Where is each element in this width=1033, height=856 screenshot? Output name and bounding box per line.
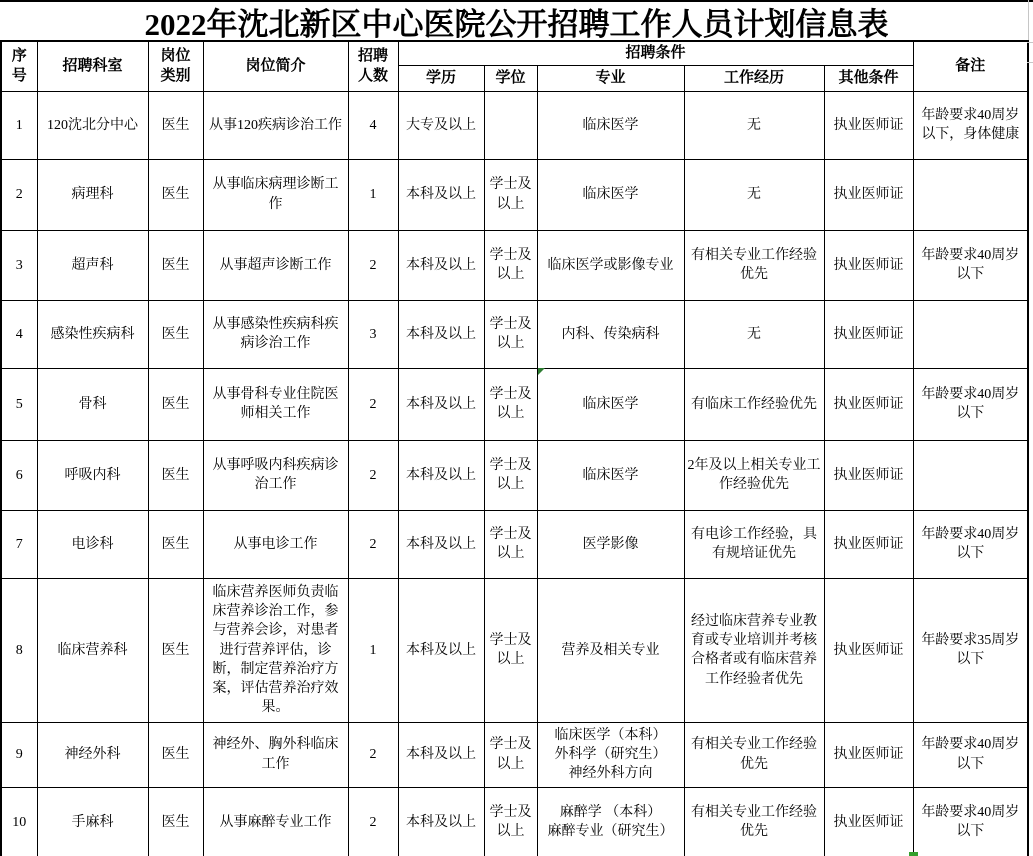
cell-no: 6 (1, 440, 37, 510)
cell-category: 医生 (148, 578, 203, 722)
table-row: 7 电诊科 医生 从事电诊工作 2 本科及以上 学士及以上 医学影像 有电诊工作… (1, 510, 1028, 578)
cell-count: 3 (348, 300, 398, 368)
cell-education: 本科及以上 (398, 159, 484, 230)
cell-degree: 学士及以上 (484, 510, 537, 578)
cell-no: 3 (1, 230, 37, 300)
cell-degree: 学士及以上 (484, 300, 537, 368)
cell-other: 执业医师证 (824, 722, 913, 787)
cell-category: 医生 (148, 368, 203, 440)
cell-note: 年龄要求40周岁以下 (913, 722, 1028, 787)
cell-experience: 经过临床营养专业教育或专业培训并考核合格者或有临床营养工作经验者优先 (684, 578, 824, 722)
cell-experience: 无 (684, 300, 824, 368)
cell-major: 内科、传染病科 (537, 300, 684, 368)
cell-duty: 从事呼吸内科疾病诊治工作 (203, 440, 348, 510)
col-header-category: 岗位 类别 (148, 41, 203, 91)
cell-category: 医生 (148, 230, 203, 300)
cell-other: 执业医师证 (824, 510, 913, 578)
cell-education: 本科及以上 (398, 578, 484, 722)
col-header-other: 其他条件 (824, 65, 913, 91)
spreadsheet-gridline-horizontal (1027, 42, 1033, 43)
col-header-note: 备注 (913, 41, 1028, 91)
cell-count: 2 (348, 787, 398, 856)
header-row-top: 序 号 招聘科室 岗位 类别 岗位简介 招聘 人数 招聘条件 备注 (1, 41, 1028, 65)
cell-duty: 从事超声诊断工作 (203, 230, 348, 300)
cell-no: 10 (1, 787, 37, 856)
cell-education: 本科及以上 (398, 510, 484, 578)
cell-degree: 学士及以上 (484, 722, 537, 787)
cell-other: 执业医师证 (824, 787, 913, 856)
spreadsheet-gridline-vertical (1028, 0, 1029, 40)
table-row: 3 超声科 医生 从事超声诊断工作 2 本科及以上 学士及以上 临床医学或影像专… (1, 230, 1028, 300)
cell-note (913, 440, 1028, 510)
page-title: 2022年沈北新区中心医院公开招聘工作人员计划信息表 (0, 0, 1033, 40)
cell-degree: 学士及以上 (484, 230, 537, 300)
cell-education: 本科及以上 (398, 440, 484, 510)
cell-major: 医学影像 (537, 510, 684, 578)
cell-experience: 有相关专业工作经验优先 (684, 722, 824, 787)
cell-major: 临床医学 (537, 159, 684, 230)
cell-education: 本科及以上 (398, 300, 484, 368)
cell-count: 1 (348, 578, 398, 722)
cell-count: 2 (348, 368, 398, 440)
cell-duty: 从事感染性疾病科疾病诊治工作 (203, 300, 348, 368)
cell-dept: 呼吸内科 (37, 440, 148, 510)
cell-no: 5 (1, 368, 37, 440)
cell-count: 1 (348, 159, 398, 230)
cell-major: 临床医学 (537, 440, 684, 510)
cell-note: 年龄要求40周岁以下，身体健康 (913, 91, 1028, 159)
cell-count: 2 (348, 230, 398, 300)
cell-other: 执业医师证 (824, 300, 913, 368)
recruitment-table: 序 号 招聘科室 岗位 类别 岗位简介 招聘 人数 招聘条件 备注 学历 学位 … (0, 40, 1029, 856)
cell-category: 医生 (148, 300, 203, 368)
cell-category: 医生 (148, 440, 203, 510)
cell-degree: 学士及以上 (484, 440, 537, 510)
table-row: 5 骨科 医生 从事骨科专业住院医师相关工作 2 本科及以上 学士及以上 临床医… (1, 368, 1028, 440)
cell-no: 8 (1, 578, 37, 722)
table-row: 2 病理科 医生 从事临床病理诊断工作 1 本科及以上 学士及以上 临床医学 无… (1, 159, 1028, 230)
cell-note: 年龄要求40周岁以下 (913, 787, 1028, 856)
cell-category: 医生 (148, 722, 203, 787)
col-header-no: 序 号 (1, 41, 37, 91)
cell-dept: 病理科 (37, 159, 148, 230)
cell-other: 执业医师证 (824, 440, 913, 510)
cell-experience: 有相关专业工作经验优先 (684, 230, 824, 300)
cell-education: 本科及以上 (398, 722, 484, 787)
cell-note (913, 159, 1028, 230)
col-header-count: 招聘 人数 (348, 41, 398, 91)
table-row: 6 呼吸内科 医生 从事呼吸内科疾病诊治工作 2 本科及以上 学士及以上 临床医… (1, 440, 1028, 510)
col-header-experience: 工作经历 (684, 65, 824, 91)
cell-category: 医生 (148, 787, 203, 856)
cell-experience: 2年及以上相关专业工作经验优先 (684, 440, 824, 510)
cell-note: 年龄要求40周岁以下 (913, 510, 1028, 578)
cell-dept: 神经外科 (37, 722, 148, 787)
cell-note (913, 300, 1028, 368)
cell-category: 医生 (148, 159, 203, 230)
cell-major: 临床医学或影像专业 (537, 230, 684, 300)
cell-flag-mark-icon (909, 852, 918, 856)
cell-degree: 学士及以上 (484, 159, 537, 230)
cell-duty: 从事麻醉专业工作 (203, 787, 348, 856)
cell-major: 临床医学 (537, 368, 684, 440)
col-header-duty: 岗位简介 (203, 41, 348, 91)
cell-experience: 无 (684, 159, 824, 230)
cell-experience: 有相关专业工作经验优先 (684, 787, 824, 856)
cell-other: 执业医师证 (824, 230, 913, 300)
cell-education: 本科及以上 (398, 230, 484, 300)
cell-count: 2 (348, 440, 398, 510)
col-header-education: 学历 (398, 65, 484, 91)
table-row: 9 神经外科 医生 神经外、胸外科临床工作 2 本科及以上 学士及以上 临床医学… (1, 722, 1028, 787)
table-row: 10 手麻科 医生 从事麻醉专业工作 2 本科及以上 学士及以上 麻醉学 （本科… (1, 787, 1028, 856)
cell-no: 7 (1, 510, 37, 578)
cell-dept: 电诊科 (37, 510, 148, 578)
cell-dept: 感染性疾病科 (37, 300, 148, 368)
cell-duty: 从事骨科专业住院医师相关工作 (203, 368, 348, 440)
cell-duty: 从事电诊工作 (203, 510, 348, 578)
cell-duty: 神经外、胸外科临床工作 (203, 722, 348, 787)
cell-no: 4 (1, 300, 37, 368)
cell-education: 本科及以上 (398, 787, 484, 856)
cell-note: 年龄要求40周岁以下 (913, 368, 1028, 440)
col-header-degree: 学位 (484, 65, 537, 91)
cell-education: 大专及以上 (398, 91, 484, 159)
cell-experience: 有电诊工作经验，具有规培证优先 (684, 510, 824, 578)
spreadsheet-gridline-horizontal (1027, 62, 1033, 63)
cell-duty: 从事临床病理诊断工作 (203, 159, 348, 230)
table-row: 4 感染性疾病科 医生 从事感染性疾病科疾病诊治工作 3 本科及以上 学士及以上… (1, 300, 1028, 368)
cell-dept: 手麻科 (37, 787, 148, 856)
cell-major: 麻醉学 （本科） 麻醉专业（研究生） (537, 787, 684, 856)
cell-note: 年龄要求35周岁以下 (913, 578, 1028, 722)
cell-dept: 骨科 (37, 368, 148, 440)
cell-other: 执业医师证 (824, 368, 913, 440)
table-row: 8 临床营养科 医生 临床营养医师负责临床营养诊治工作，参与营养会诊，对患者进行… (1, 578, 1028, 722)
cell-degree: 学士及以上 (484, 787, 537, 856)
cell-dept: 临床营养科 (37, 578, 148, 722)
cell-no: 2 (1, 159, 37, 230)
cell-education: 本科及以上 (398, 368, 484, 440)
cell-degree (484, 91, 537, 159)
cell-note: 年龄要求40周岁以下 (913, 230, 1028, 300)
cell-no: 1 (1, 91, 37, 159)
cell-dept: 超声科 (37, 230, 148, 300)
cell-dept: 120沈北分中心 (37, 91, 148, 159)
cell-major: 临床医学 (537, 91, 684, 159)
cell-duty: 临床营养医师负责临床营养诊治工作，参与营养会诊，对患者进行营养评估，诊断，制定营… (203, 578, 348, 722)
cell-duty: 从事120疾病诊治工作 (203, 91, 348, 159)
col-header-conditions: 招聘条件 (398, 41, 913, 65)
col-header-dept: 招聘科室 (37, 41, 148, 91)
cell-degree: 学士及以上 (484, 368, 537, 440)
cell-experience: 有临床工作经验优先 (684, 368, 824, 440)
cell-major: 营养及相关专业 (537, 578, 684, 722)
cell-count: 2 (348, 510, 398, 578)
spreadsheet-page: 2022年沈北新区中心医院公开招聘工作人员计划信息表 序 号 招聘科室 岗位 类… (0, 0, 1033, 856)
cell-other: 执业医师证 (824, 578, 913, 722)
cell-category: 医生 (148, 510, 203, 578)
col-header-major: 专业 (537, 65, 684, 91)
cell-no: 9 (1, 722, 37, 787)
table-row: 1 120沈北分中心 医生 从事120疾病诊治工作 4 大专及以上 临床医学 无… (1, 91, 1028, 159)
cell-experience: 无 (684, 91, 824, 159)
cell-flag-triangle-icon (538, 368, 545, 375)
cell-count: 2 (348, 722, 398, 787)
cell-count: 4 (348, 91, 398, 159)
cell-degree: 学士及以上 (484, 578, 537, 722)
cell-major: 临床医学（本科） 外科学（研究生） 神经外科方向 (537, 722, 684, 787)
cell-other: 执业医师证 (824, 159, 913, 230)
cell-category: 医生 (148, 91, 203, 159)
cell-other: 执业医师证 (824, 91, 913, 159)
